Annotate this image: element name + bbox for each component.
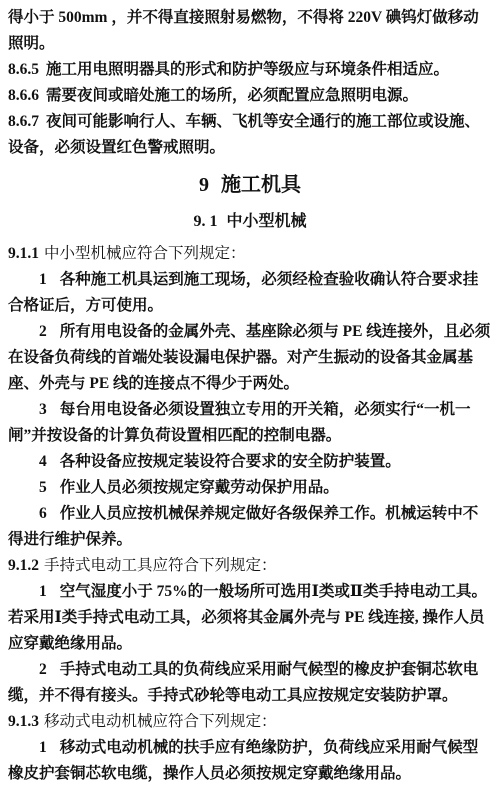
- section-number: 9. 1: [193, 213, 217, 230]
- list-item-9-1-2-2: 2手持式电动工具的负荷线应采用耐气候型的橡皮护套铜芯软电缆，并不得有接头。手持式…: [8, 657, 492, 709]
- clause-number: 9.1.3: [8, 713, 39, 730]
- list-item-9-1-1-3: 3每台用电设备必须设置独立专用的开关箱，必须实行“一机一闸”并按设备的计算负荷设…: [8, 397, 492, 449]
- item-text: 各种设备应按规定装设符合要求的安全防护装置。: [60, 453, 401, 470]
- clause-number: 9.1.2: [8, 557, 39, 574]
- item-text: 手持式电动工具的负荷线应采用耐气候型的橡皮护套铜芯软电缆，并不得有接头。手持式砂…: [8, 661, 478, 704]
- clause-text: 手持式电动工具应符合下列规定：: [44, 557, 277, 574]
- clause-9-1-3: 9.1.3移动式电动机械应符合下列规定：: [8, 709, 492, 735]
- document-page: 得小于 500mm ，并不得直接照射易燃物，不得将 220V 碘钨灯做移动照明。…: [0, 0, 500, 787]
- item-number: 3: [39, 401, 47, 418]
- clause-number: 8.6.7: [8, 113, 39, 130]
- item-text: 空气湿度小于 75%的一般场所可选用Ⅰ类或Ⅱ类手持电动工具。若采用Ⅰ类手持式电动…: [8, 583, 487, 652]
- item-text: 所有用电设备的金属外壳、基座除必须与 PE 线连接外，且必须在设备负荷线的首端处…: [8, 323, 490, 392]
- item-number: 2: [39, 323, 47, 340]
- item-number: 1: [39, 583, 47, 600]
- clause-number: 8.6.5: [8, 61, 39, 78]
- item-number: 6: [39, 505, 47, 522]
- clause-8-6-7: 8.6.7夜间可能影响行人、车辆、飞机等安全通行的施工部位或设施、设备，必须设置…: [8, 109, 492, 161]
- clause-8-6-5: 8.6.5施工用电照明器具的形式和防护等级应与环境条件相适应。: [8, 57, 492, 83]
- item-text: 移动式电动机械的扶手应有绝缘防护，负荷线应采用耐气候型橡皮护套铜芯软电缆，操作人…: [8, 739, 478, 782]
- clause-text: 移动式电动机械应符合下列规定：: [44, 713, 277, 730]
- clause-text: 夜间可能影响行人、车辆、飞机等安全通行的施工部位或设施、设备，必须设置红色警戒照…: [8, 113, 480, 156]
- list-item-9-1-1-1: 1各种施工机具运到施工现场，必须经检查验收确认符合要求挂合格证后，方可使用。: [8, 267, 492, 319]
- clause-text: 中小型机械应符合下列规定：: [44, 245, 246, 262]
- item-text: 各种施工机具运到施工现场，必须经检查验收确认符合要求挂合格证后，方可使用。: [8, 271, 478, 314]
- list-item-9-1-3-1: 1移动式电动机械的扶手应有绝缘防护，负荷线应采用耐气候型橡皮护套铜芯软电缆，操作…: [8, 735, 492, 787]
- section-title: 中小型机械: [226, 213, 306, 230]
- clause-text: 施工用电照明器具的形式和防护等级应与环境条件相适应。: [46, 61, 449, 78]
- item-number: 4: [39, 453, 47, 470]
- item-number: 1: [39, 271, 47, 288]
- chapter-number: 9: [199, 174, 209, 196]
- paragraph-continuation: 得小于 500mm ，并不得直接照射易燃物，不得将 220V 碘钨灯做移动照明。: [8, 5, 492, 57]
- clause-9-1-2: 9.1.2手持式电动工具应符合下列规定：: [8, 553, 492, 579]
- list-item-9-1-1-5: 5作业人员必须按规定穿戴劳动保护用品。: [8, 475, 492, 501]
- section-heading: 9. 1中小型机械: [8, 211, 492, 233]
- item-number: 2: [39, 661, 47, 678]
- chapter-title: 施工机具: [221, 174, 301, 196]
- clause-9-1-1: 9.1.1中小型机械应符合下列规定：: [8, 241, 492, 267]
- clause-text: 需要夜间或暗处施工的场所，必须配置应急照明电源。: [46, 87, 418, 104]
- list-item-9-1-2-1: 1空气湿度小于 75%的一般场所可选用Ⅰ类或Ⅱ类手持电动工具。若采用Ⅰ类手持式电…: [8, 579, 492, 657]
- list-item-9-1-1-6: 6作业人员应按机械保养规定做好各级保养工作。机械运转中不得进行维护保养。: [8, 501, 492, 553]
- clause-number: 9.1.1: [8, 245, 39, 262]
- list-item-9-1-1-4: 4各种设备应按规定装设符合要求的安全防护装置。: [8, 449, 492, 475]
- item-text: 作业人员应按机械保养规定做好各级保养工作。机械运转中不得进行维护保养。: [8, 505, 478, 548]
- list-item-9-1-1-2: 2所有用电设备的金属外壳、基座除必须与 PE 线连接外，且必须在设备负荷线的首端…: [8, 319, 492, 397]
- item-text: 每台用电设备必须设置独立专用的开关箱，必须实行“一机一闸”并按设备的计算负荷设置…: [8, 401, 471, 444]
- item-number: 5: [39, 479, 47, 496]
- chapter-heading: 9施工机具: [8, 171, 492, 199]
- clause-number: 8.6.6: [8, 87, 39, 104]
- item-number: 1: [39, 739, 47, 756]
- clause-8-6-6: 8.6.6需要夜间或暗处施工的场所，必须配置应急照明电源。: [8, 83, 492, 109]
- item-text: 作业人员必须按规定穿戴劳动保护用品。: [60, 479, 339, 496]
